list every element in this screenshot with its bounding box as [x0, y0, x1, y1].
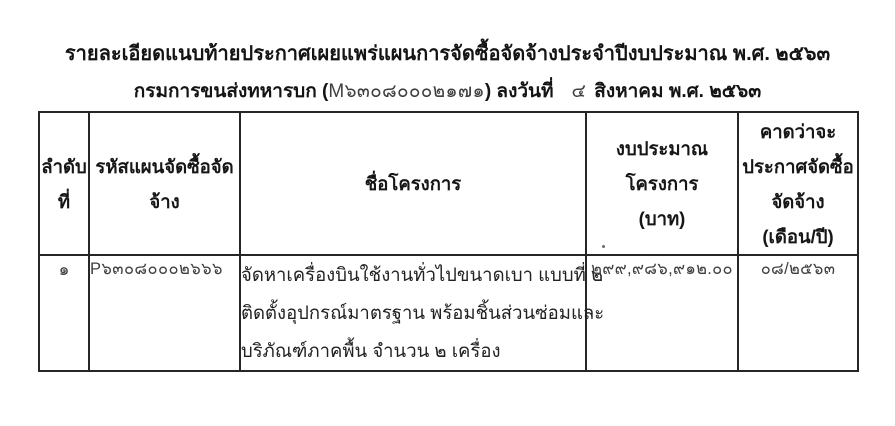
cell-project-name: จัดหาเครื่องบินใช้งานทั่วไปขนาดเบา แบบที… — [240, 255, 586, 371]
column-header-project-name: ชื่อโครงการ — [240, 112, 586, 255]
column-header-budget: งบประมาณ โครงการ (บาท) — [586, 112, 738, 255]
plan-reference-code: M๖๓๐๘๐๐๐๒๑๗๑ — [328, 81, 484, 102]
column-header-no: ลำดับ ที่ — [39, 112, 89, 255]
header-line: จ้าง — [90, 184, 239, 219]
document-subtitle: กรมการขนส่งทหารบก (M๖๓๐๘๐๐๐๒๑๗๑) ลงวันที… — [0, 78, 895, 106]
subtitle-mid: ) ลงวันที่ — [485, 81, 554, 102]
project-name-line: บริภัณฑ์ภาคพื้น จำนวน ๒ เครื่อง — [241, 332, 585, 370]
cell-announce-date: ๐๘/๒๕๖๓ — [738, 255, 858, 371]
scan-speck — [602, 245, 605, 248]
header-line: (เดือน/ปี) — [739, 219, 857, 254]
header-line: ลำดับ — [40, 149, 88, 184]
header-line: โครงการ — [587, 166, 737, 201]
header-line: งบประมาณ — [587, 131, 737, 166]
header-line: จัดจ้าง — [739, 184, 857, 219]
subtitle-prefix: กรมการขนส่งทหารบก ( — [134, 81, 329, 102]
subtitle-day: ๔ — [572, 81, 587, 102]
cell-plan-code: P๖๓๐๘๐๐๐๒๖๖๖ — [89, 255, 240, 371]
column-header-plan-code: รหัสแผนจัดซื้อจัด จ้าง — [89, 112, 240, 255]
document-title: รายละเอียดแนบท้ายประกาศเผยแพร่แผนการจัดซ… — [0, 40, 895, 68]
project-name-line: จัดหาเครื่องบินใช้งานทั่วไปขนาดเบา แบบที… — [241, 256, 585, 294]
header-line: คาดว่าจะ — [739, 114, 857, 149]
table-row: ๑ P๖๓๐๘๐๐๐๒๖๖๖ จัดหาเครื่องบินใช้งานทั่ว… — [39, 255, 858, 371]
header-line: รหัสแผนจัดซื้อจัด — [90, 149, 239, 184]
procurement-plan-table: ลำดับ ที่ รหัสแผนจัดซื้อจัด จ้าง ชื่อโคร… — [38, 111, 859, 372]
table-header-row: ลำดับ ที่ รหัสแผนจัดซื้อจัด จ้าง ชื่อโคร… — [39, 112, 858, 255]
header-line: (บาท) — [587, 201, 737, 236]
project-name-line: ติดตั้งอุปกรณ์มาตรฐาน พร้อมชิ้นส่วนซ่อมแ… — [241, 294, 585, 332]
header-line: ประกาศจัดซื้อ — [739, 149, 857, 184]
header-line: ชื่อโครงการ — [241, 166, 585, 201]
column-header-announce-date: คาดว่าจะ ประกาศจัดซื้อ จัดจ้าง (เดือน/ปี… — [738, 112, 858, 255]
cell-no: ๑ — [39, 255, 89, 371]
subtitle-suffix: สิงหาคม พ.ศ. ๒๕๖๓ — [594, 81, 761, 102]
header-line: ที่ — [40, 184, 88, 219]
cell-budget: ๒๙๙,๙๘๖,๙๑๒.๐๐ — [586, 255, 738, 371]
